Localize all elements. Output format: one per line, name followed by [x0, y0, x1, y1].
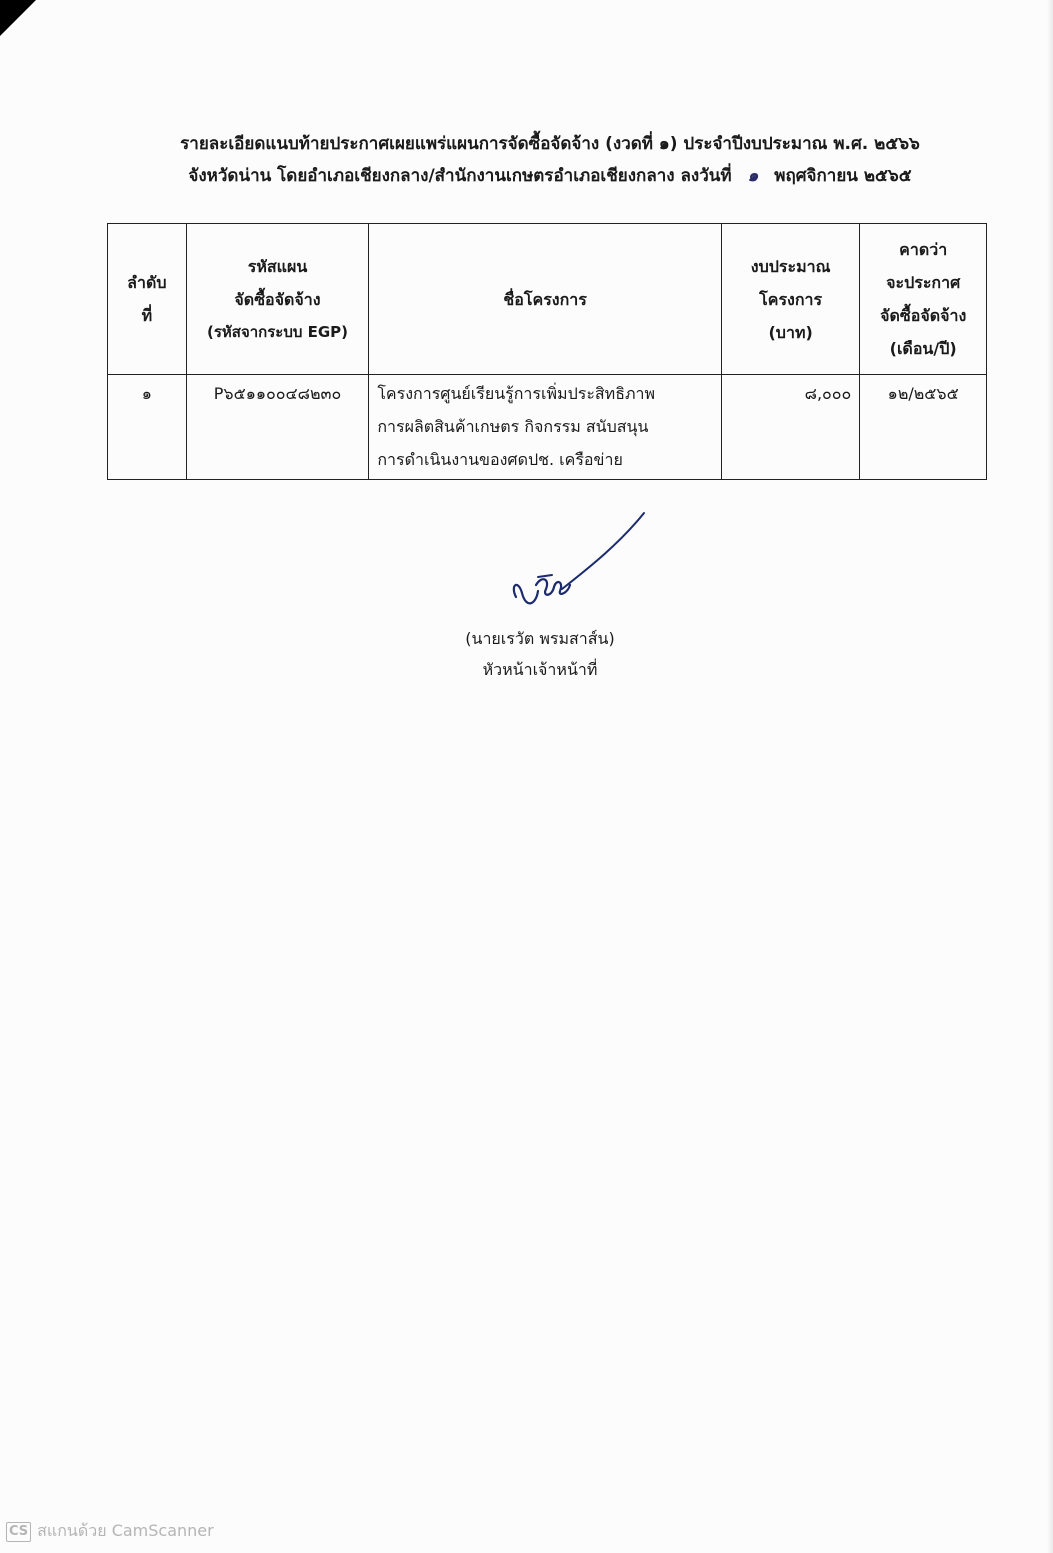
header-expected: คาดว่า จะประกาศ จัดซื้อจัดจ้าง (เดือน/ปี… [860, 224, 987, 375]
camscanner-watermark: CS สแกนด้วย CamScanner [6, 1519, 214, 1544]
watermark-text: สแกนด้วย CamScanner [37, 1519, 214, 1544]
camscanner-logo-icon: CS [6, 1522, 31, 1542]
header-code-line: (รหัสจากระบบ EGP) [191, 316, 365, 349]
header-no: ลำดับ ที่ [108, 224, 187, 375]
table-header-row: ลำดับ ที่ รหัสแผน จัดซื้อจัดจ้าง (รหัสจา… [108, 224, 987, 375]
cell-no: ๑ [108, 375, 187, 480]
header-line-2-prefix: จังหวัดน่าน โดยอำเภอเชียงกลาง/สำนักงานเก… [188, 166, 731, 186]
signature-scribble-icon [430, 505, 650, 623]
table-row: ๑ P๖๕๑๑๐๐๔๘๒๓๐ โครงการศูนย์เรียนรู้การเพ… [108, 375, 987, 480]
cell-budget: ๘,๐๐๐ [721, 375, 859, 480]
cell-name-line: การดำเนินงานของศดปช. เครือข่าย [377, 443, 713, 476]
cell-code: P๖๕๑๑๐๐๔๘๒๓๐ [186, 375, 369, 480]
header-line-1: รายละเอียดแนบท้ายประกาศเผยแพร่แผนการจัดซ… [80, 128, 1020, 160]
header-no-line: ที่ [112, 299, 182, 332]
document-header: รายละเอียดแนบท้ายประกาศเผยแพร่แผนการจัดซ… [80, 128, 1020, 192]
header-code-line: จัดซื้อจัดจ้าง [191, 283, 365, 316]
header-no-line: ลำดับ [112, 266, 182, 299]
header-name: ชื่อโครงการ [369, 224, 722, 375]
header-budget-line: โครงการ [726, 283, 855, 316]
scan-edge-shadow [1047, 0, 1053, 1553]
handwritten-signature [430, 505, 650, 623]
signature-block: (นายเรวัต พรมสาส์น) หัวหน้าเจ้าหน้าที่ [430, 505, 650, 685]
cell-name-line: โครงการศูนย์เรียนรู้การเพิ่มประสิทธิภาพ [377, 377, 713, 410]
header-expected-line: (เดือน/ปี) [864, 332, 982, 365]
header-code: รหัสแผน จัดซื้อจัดจ้าง (รหัสจากระบบ EGP) [186, 224, 369, 375]
header-expected-line: จัดซื้อจัดจ้าง [864, 299, 982, 332]
cell-name-line: การผลิตสินค้าเกษตร กิจกรรม สนับสนุน [377, 410, 713, 443]
signatory-name: (นายเรวัต พรมสาส์น) [430, 623, 650, 654]
header-date-day: ๑ [738, 166, 769, 186]
cell-expected: ๑๒/๒๕๖๕ [860, 375, 987, 480]
signatory-title: หัวหน้าเจ้าหน้าที่ [430, 654, 650, 685]
header-line-2: จังหวัดน่าน โดยอำเภอเชียงกลาง/สำนักงานเก… [80, 160, 1020, 192]
header-budget: งบประมาณ โครงการ (บาท) [721, 224, 859, 375]
header-budget-line: (บาท) [726, 316, 855, 349]
cell-name: โครงการศูนย์เรียนรู้การเพิ่มประสิทธิภาพ … [369, 375, 722, 480]
header-budget-line: งบประมาณ [726, 250, 855, 283]
header-code-line: รหัสแผน [191, 250, 365, 283]
header-expected-line: จะประกาศ [864, 266, 982, 299]
header-expected-line: คาดว่า [864, 233, 982, 266]
procurement-plan-table: ลำดับ ที่ รหัสแผน จัดซื้อจัดจ้าง (รหัสจา… [107, 223, 987, 480]
scan-corner-mark [0, 0, 36, 36]
header-line-2-suffix: พฤศจิกายน ๒๕๖๕ [774, 166, 911, 186]
